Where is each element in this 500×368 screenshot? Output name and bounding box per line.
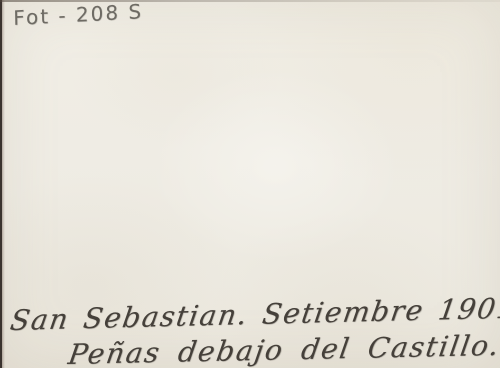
- scan-left-edge: [0, 0, 5, 368]
- caption-line-2: Peñas debajo del Castillo.: [66, 329, 500, 368]
- pencil-inventory-note: Fot - 208 S: [13, 0, 143, 30]
- photo-verso-scan: Fot - 208 S San Sebastian. Setiembre 190…: [0, 0, 500, 368]
- scan-top-edge: [0, 0, 500, 2]
